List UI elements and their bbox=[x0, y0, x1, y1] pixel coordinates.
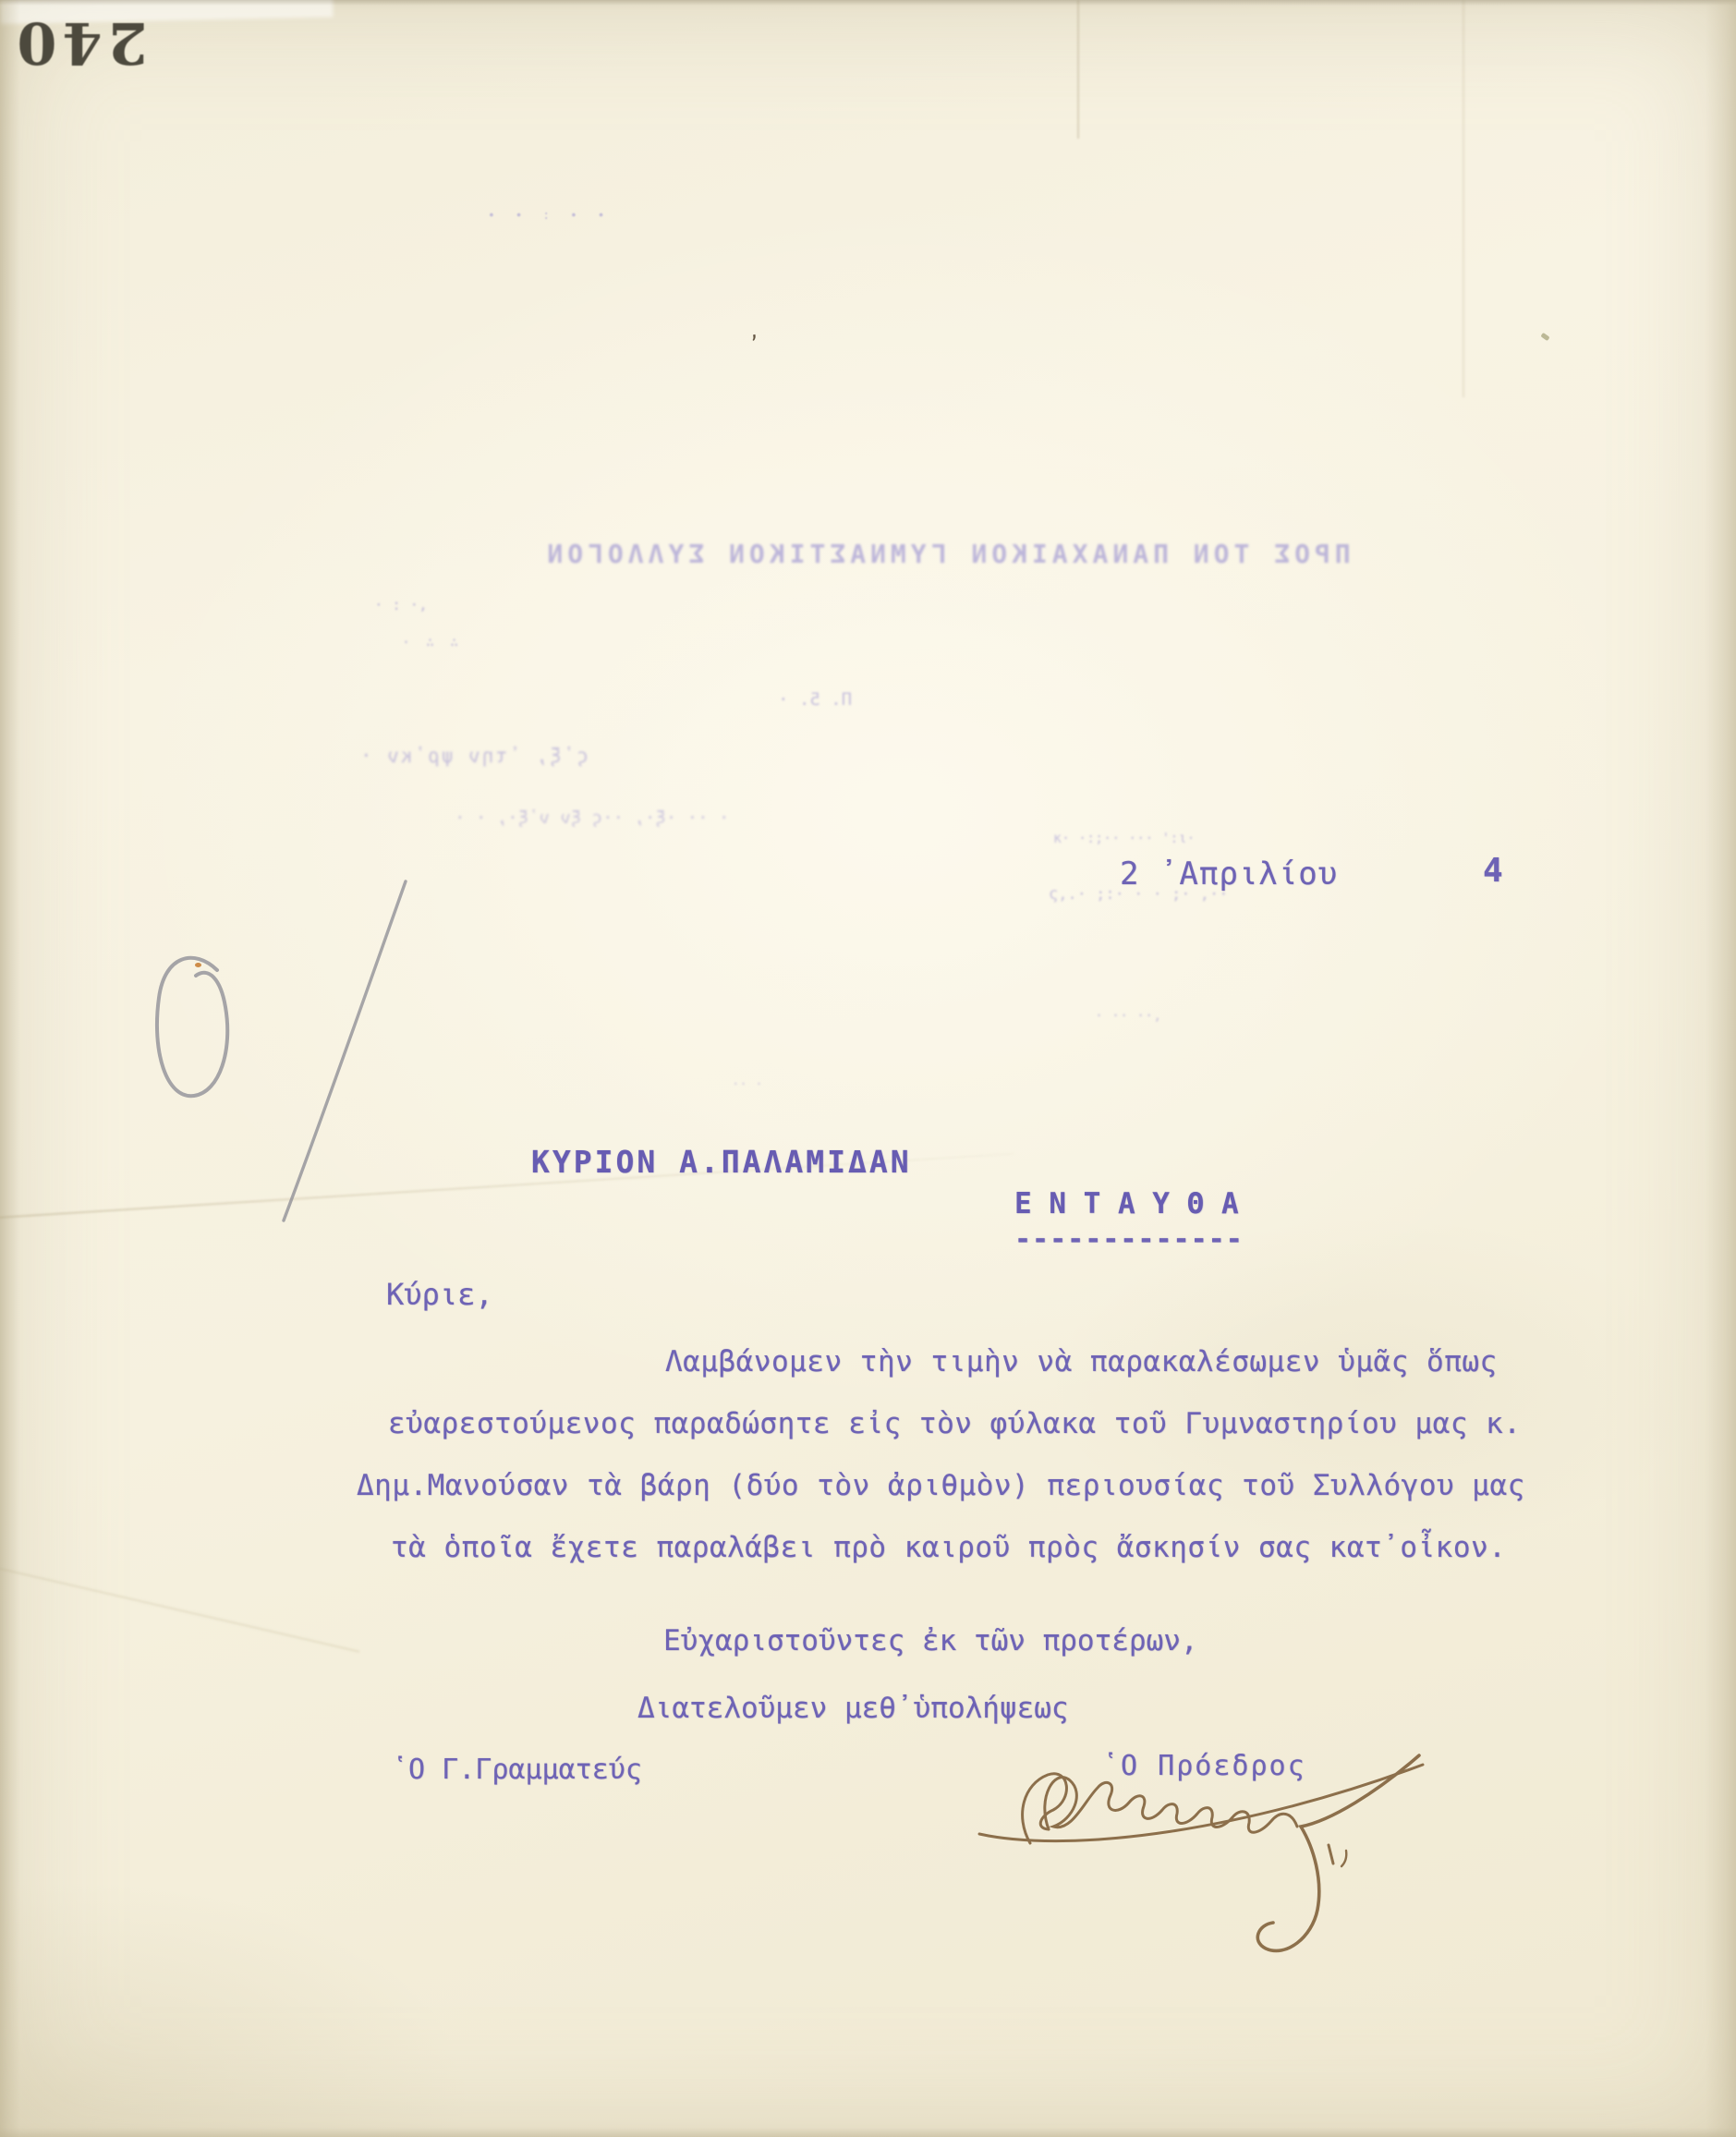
body-line: Λαμβάνομεν τὴν τιμὴν νὰ παρακαλέσωμεν ὑμ… bbox=[665, 1345, 1498, 1378]
bleedthrough-header-mirrored: ΠΡΟΣ ΤΟΝ ΠΑΝΑΧΑΙΚΟΝ ΓΥΜΝΑΣΤΙΚΟΝ ΣΥΛΛΟΓΟΝ bbox=[510, 539, 1383, 569]
ink-fleck bbox=[1540, 333, 1549, 341]
paper-crease bbox=[1077, 0, 1079, 139]
pencil-mark bbox=[129, 868, 425, 1238]
delivery-line: Ε Ν Τ Α Υ Θ Α bbox=[1014, 1187, 1239, 1220]
bleedthrough-fragment: · ∴ ∴ bbox=[402, 634, 462, 650]
bleedthrough-fragment: Π. 5. · bbox=[778, 689, 852, 710]
ink-fleck: ’ bbox=[748, 330, 762, 358]
bleedthrough-fragment: ·· · bbox=[732, 1077, 763, 1092]
paper-wrinkle-shading bbox=[832, 1062, 1736, 1709]
recipient-line: ΚΥΡΙΟΝ Α.ΠΑΛΑΜΙΔΑΝ bbox=[531, 1144, 912, 1180]
president-signature bbox=[961, 1742, 1441, 1973]
delivery-underline: ------------- bbox=[1014, 1223, 1244, 1256]
bleedthrough-fragment: ς᾿ξ, ῾την ψρ᾿κν · bbox=[358, 745, 589, 767]
bleedthrough-fragment: · ·· ·ξ·, ··ς ξν ν᾿ξ·, · · bbox=[455, 807, 729, 828]
bleedthrough-fragment: · ·· ··, bbox=[1095, 1007, 1161, 1024]
paper-edge-top bbox=[0, 0, 1736, 6]
bleedthrough-fragment: ∙ ∙ : ∙ ∙ bbox=[488, 209, 611, 223]
salutation: Κύριε, bbox=[386, 1277, 493, 1312]
bleedthrough-fragment: · : ·, bbox=[374, 596, 428, 613]
closing-line: Εὐχαριστοῦντες ἐκ τῶν προτέρων, bbox=[663, 1624, 1198, 1657]
body-line: τὰ ὁποῖα ἔχετε παραλάβει πρὸ καιροῦ πρὸς… bbox=[391, 1531, 1506, 1564]
closing-line: Διατελοῦμεν μεθ᾿ὑπολήψεως bbox=[637, 1692, 1069, 1725]
body-line: εὐαρεστούμενος παραδώσητε εἰς τὸν φύλακα… bbox=[388, 1407, 1521, 1440]
archive-number-stamp: 240 bbox=[9, 4, 150, 81]
scanned-letter-page: 240 ’ ΠΡΟΣ ΤΟΝ ΠΑΝΑΧΑΙΚΟΝ ΓΥΜΝΑΣΤΙΚΟΝ ΣΥ… bbox=[0, 0, 1736, 2137]
secretary-title: ῾Ο Γ.Γραμματεύς bbox=[392, 1754, 642, 1786]
paper-crease bbox=[1463, 0, 1464, 397]
body-line: Δημ.Μανούσαν τὰ βάρη (δύο τὸν ἀριθμὸν) π… bbox=[357, 1469, 1525, 1502]
date-day-month: 2 ᾿Απριλίου bbox=[1120, 856, 1338, 892]
date-year-digit: 4 bbox=[1483, 852, 1503, 890]
bleedthrough-fragment: κ· ·:;·· ··· ':ι· bbox=[1053, 830, 1196, 846]
